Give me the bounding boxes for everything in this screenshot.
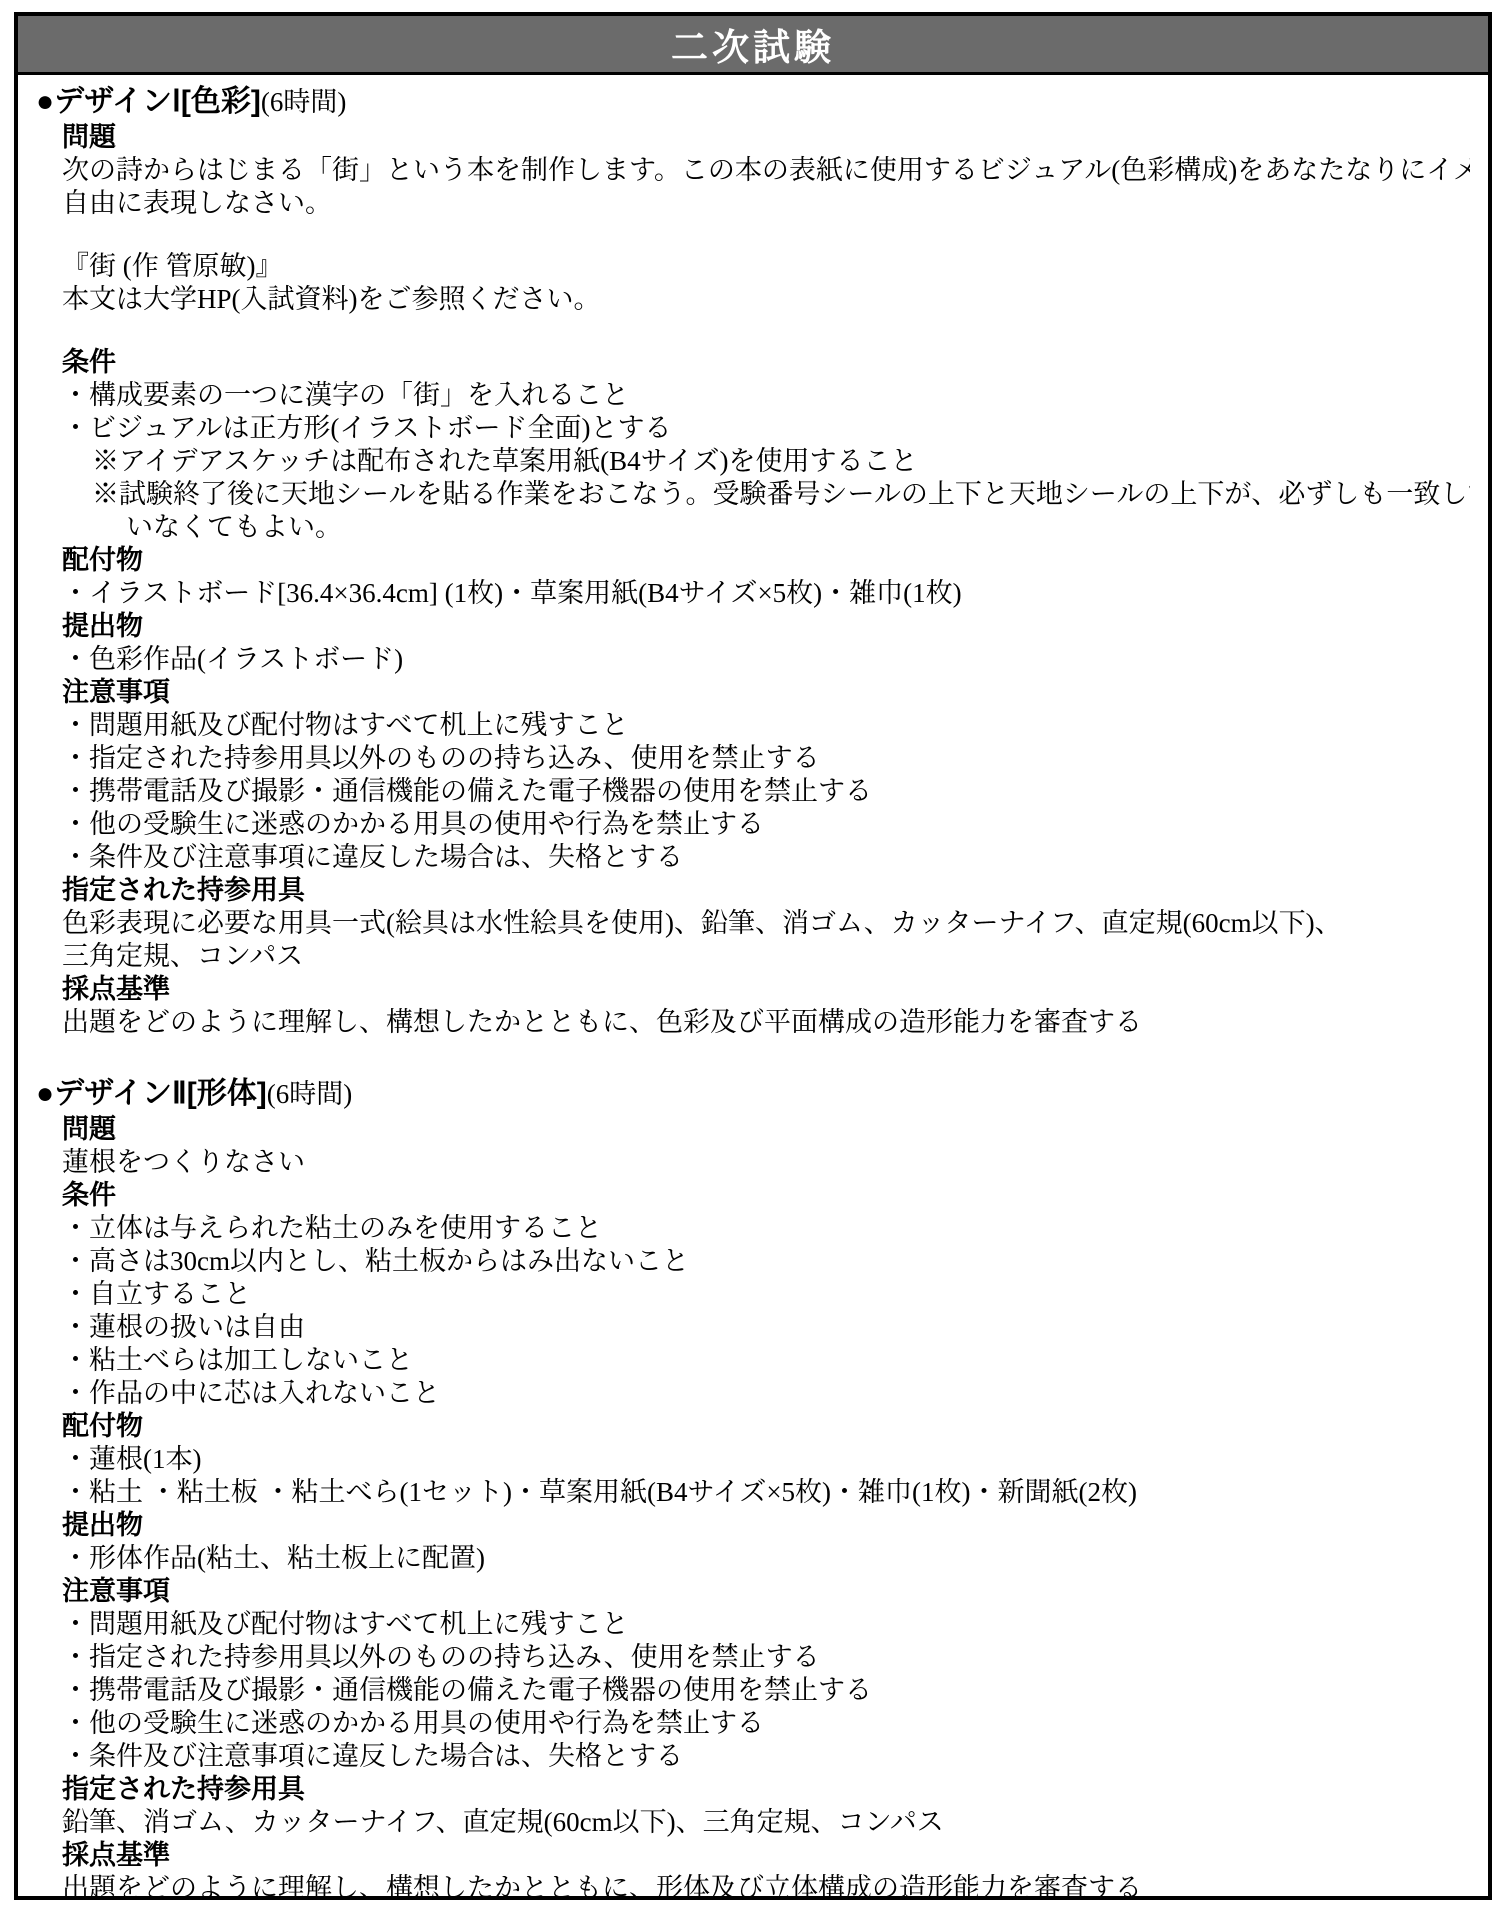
text-line: ・ビジュアルは正方形(イラストボード全面)とする	[62, 412, 1470, 445]
note-continuation-line: いなくてもよい。	[126, 511, 1470, 544]
text-line: 鉛筆、消ゴム、カッターナイフ、直定規(60cm以下)、三角定規、コンパス	[62, 1806, 1470, 1839]
section-duration: (6時間)	[261, 87, 346, 117]
text-line: 自由に表現しなさい。	[62, 187, 1470, 220]
text-line: 蓮根をつくりなさい	[62, 1146, 1470, 1179]
text-line: ・粘土べらは加工しないこと	[62, 1344, 1470, 1377]
subsection-heading: 提出物	[62, 1509, 1470, 1542]
text-line: 色彩表現に必要な用具一式(絵具は水性絵具を使用)、鉛筆、消ゴム、カッターナイフ、…	[62, 907, 1470, 940]
section-heading: ●デザインⅡ[形体](6時間)	[36, 1075, 1470, 1113]
text-line: ・指定された持参用具以外のものの持ち込み、使用を禁止する	[62, 742, 1470, 775]
blank-line	[36, 316, 1470, 346]
document-content: ●デザインⅠ[色彩](6時間) 問題次の詩からはじまる「街」という本を制作します…	[18, 75, 1488, 1900]
text-line: ・立体は与えられた粘土のみを使用すること	[62, 1212, 1470, 1245]
document-page: 二次試験 ●デザインⅠ[色彩](6時間) 問題次の詩からはじまる「街」という本を…	[0, 0, 1506, 1920]
text-line: ・携帯電話及び撮影・通信機能の備えた電子機器の使用を禁止する	[62, 775, 1470, 808]
subsection-heading: 問題	[62, 121, 1470, 154]
section-rows: 問題蓮根をつくりなさい条件・立体は与えられた粘土のみを使用すること・高さは30c…	[36, 1113, 1470, 1900]
subsection-heading: 指定された持参用具	[62, 874, 1470, 907]
text-line: 出題をどのように理解し、構想したかとともに、色彩及び平面構成の造形能力を審査する	[62, 1006, 1470, 1039]
subsection-heading: 問題	[62, 1113, 1470, 1146]
section-rows: 問題次の詩からはじまる「街」という本を制作します。この本の表紙に使用するビジュア…	[36, 121, 1470, 1039]
section-gap	[36, 1039, 1470, 1075]
subsection-heading: 採点基準	[62, 1839, 1470, 1872]
text-line: 次の詩からはじまる「街」という本を制作します。この本の表紙に使用するビジュアル(…	[62, 154, 1470, 187]
text-line: ・条件及び注意事項に違反した場合は、失格とする	[62, 1740, 1470, 1773]
subsection-heading: 配付物	[62, 1410, 1470, 1443]
subsection-heading: 条件	[62, 346, 1470, 379]
subsection-heading: 注意事項	[62, 1575, 1470, 1608]
text-line: ・イラストボード[36.4×36.4cm] (1枚)・草案用紙(B4サイズ×5枚…	[62, 577, 1470, 610]
subsection-heading: 指定された持参用具	[62, 1773, 1470, 1806]
text-line: ・携帯電話及び撮影・通信機能の備えた電子機器の使用を禁止する	[62, 1674, 1470, 1707]
document-frame: 二次試験 ●デザインⅠ[色彩](6時間) 問題次の詩からはじまる「街」という本を…	[14, 12, 1492, 1900]
text-line: 本文は大学HP(入試資料)をご参照ください。	[62, 283, 1470, 316]
text-line: ・蓮根(1本)	[62, 1443, 1470, 1476]
section-design-2: ●デザインⅡ[形体](6時間) 問題蓮根をつくりなさい条件・立体は与えられた粘土…	[36, 1075, 1470, 1900]
section-title-text: ●デザインⅠ[色彩]	[36, 85, 261, 118]
text-line: 『街 (作 管原敏)』	[62, 250, 1470, 283]
document-title: 二次試験	[671, 17, 835, 71]
text-line: 三角定規、コンパス	[62, 940, 1470, 973]
document-title-bar: 二次試験	[18, 16, 1488, 75]
section-duration: (6時間)	[267, 1079, 352, 1109]
text-line: ・自立すること	[62, 1278, 1470, 1311]
text-line: ・粘土 ・粘土板 ・粘土べら(1セット)・草案用紙(B4サイズ×5枚)・雑巾(1…	[62, 1476, 1470, 1509]
text-line: ・他の受験生に迷惑のかかる用具の使用や行為を禁止する	[62, 808, 1470, 841]
section-heading: ●デザインⅠ[色彩](6時間)	[36, 83, 1470, 121]
text-line: ・高さは30cm以内とし、粘土板からはみ出ないこと	[62, 1245, 1470, 1278]
text-line: ・条件及び注意事項に違反した場合は、失格とする	[62, 841, 1470, 874]
subsection-heading: 条件	[62, 1179, 1470, 1212]
text-line: ・指定された持参用具以外のものの持ち込み、使用を禁止する	[62, 1641, 1470, 1674]
section-title-text: ●デザインⅡ[形体]	[36, 1077, 267, 1110]
text-line: ・他の受験生に迷惑のかかる用具の使用や行為を禁止する	[62, 1707, 1470, 1740]
subsection-heading: 採点基準	[62, 973, 1470, 1006]
subsection-heading: 注意事項	[62, 676, 1470, 709]
blank-line	[36, 220, 1470, 250]
text-line: ・作品の中に芯は入れないこと	[62, 1377, 1470, 1410]
note-line: ※アイデアスケッチは配布された草案用紙(B4サイズ)を使用すること	[92, 445, 1470, 478]
text-line: 出題をどのように理解し、構想したかとともに、形体及び立体構成の造形能力を審査する	[62, 1872, 1470, 1900]
text-line: ・蓮根の扱いは自由	[62, 1311, 1470, 1344]
subsection-heading: 配付物	[62, 544, 1470, 577]
text-line: ・問題用紙及び配付物はすべて机上に残すこと	[62, 1608, 1470, 1641]
text-line: ・色彩作品(イラストボード)	[62, 643, 1470, 676]
text-line: ・問題用紙及び配付物はすべて机上に残すこと	[62, 709, 1470, 742]
text-line: ・形体作品(粘土、粘土板上に配置)	[62, 1542, 1470, 1575]
section-design-1: ●デザインⅠ[色彩](6時間) 問題次の詩からはじまる「街」という本を制作します…	[36, 83, 1470, 1039]
subsection-heading: 提出物	[62, 610, 1470, 643]
note-line: ※試験終了後に天地シールを貼る作業をおこなう。受験番号シールの上下と天地シールの…	[92, 478, 1470, 511]
text-line: ・構成要素の一つに漢字の「街」を入れること	[62, 379, 1470, 412]
